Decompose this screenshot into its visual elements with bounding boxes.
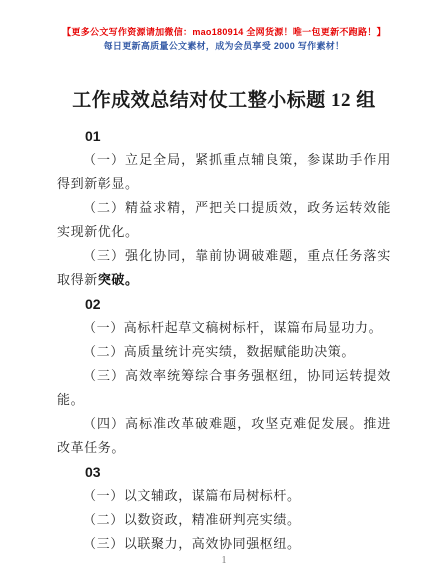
item-text: （二）精益求精，严把关口提质效，政务运转效能实现新优化。: [57, 200, 391, 239]
list-item: （一）以文辅政，谋篇布局树标杆。: [57, 484, 391, 508]
section-number: 02: [57, 292, 391, 316]
list-item: （一）高标杆起草文稿树标杆，谋篇布局显功力。: [57, 316, 391, 340]
item-text-bold: 突破。: [98, 272, 139, 287]
list-item: （二）精益求精，严把关口提质效，政务运转效能实现新优化。: [57, 196, 391, 244]
page-title: 工作成效总结对仗工整小标题 12 组: [0, 85, 448, 112]
ad-line-blue: 每日更新高质量公文素材，成为会员享受 2000 写作素材！: [0, 39, 448, 53]
document-body: 01（一）立足全局，紧抓重点辅良策，参谋助手作用得到新彰显。（二）精益求精，严把…: [0, 124, 448, 556]
section-number: 03: [57, 460, 391, 484]
list-item: （二）以数资政，精准研判亮实绩。: [57, 508, 391, 532]
list-item: （二）高质量统计亮实绩，数据赋能助决策。: [57, 340, 391, 364]
document-page: 【更多公文写作资源请加微信：mao180914 全网货源！唯一包更新不跑路！】 …: [0, 0, 448, 580]
item-text: （一）立足全局，紧抓重点辅良策，参谋助手作用得到新彰显。: [57, 152, 391, 191]
item-text: （三）以联聚力，高效协同强枢纽。: [83, 536, 301, 551]
list-item: （一）立足全局，紧抓重点辅良策，参谋助手作用得到新彰显。: [57, 148, 391, 196]
list-item: （四）高标准改革破难题，攻坚克难促发展。推进改革任务。: [57, 412, 391, 460]
item-text: （一）以文辅政，谋篇布局树标杆。: [83, 488, 301, 503]
list-item: （三）以联聚力，高效协同强枢纽。: [57, 532, 391, 556]
item-text: （四）高标准改革破难题，攻坚克难促发展。推进改革任务。: [57, 416, 391, 455]
ad-header: 【更多公文写作资源请加微信：mao180914 全网货源！唯一包更新不跑路！】 …: [0, 0, 448, 53]
item-text: （三）高效率统筹综合事务强枢纽，协同运转提效能。: [57, 368, 391, 407]
section-number: 01: [57, 124, 391, 148]
item-text: （二）以数资政，精准研判亮实绩。: [83, 512, 301, 527]
ad-line-red: 【更多公文写作资源请加微信：mao180914 全网货源！唯一包更新不跑路！】: [0, 25, 448, 39]
item-text: （一）高标杆起草文稿树标杆，谋篇布局显功力。: [83, 320, 382, 335]
list-item: （三）高效率统筹综合事务强枢纽，协同运转提效能。: [57, 364, 391, 412]
item-text: （二）高质量统计亮实绩，数据赋能助决策。: [83, 344, 355, 359]
page-number: 1: [0, 555, 448, 566]
list-item: （三）强化协同，靠前协调破难题，重点任务落实取得新突破。: [57, 244, 391, 292]
